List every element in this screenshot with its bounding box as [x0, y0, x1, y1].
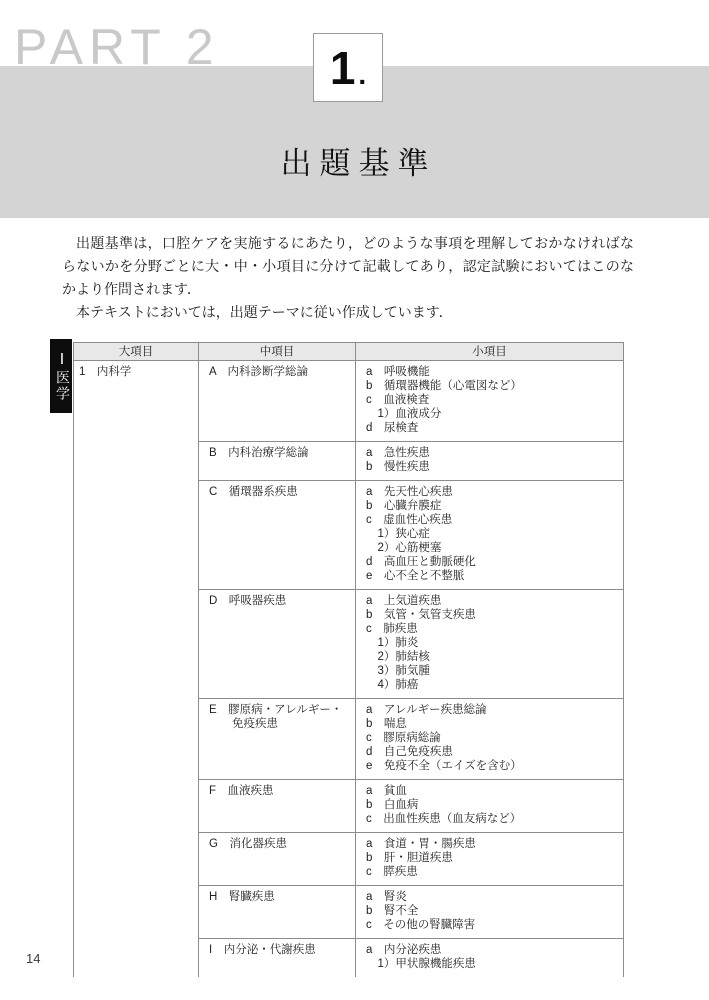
section-tab-numeral: Ⅰ: [50, 350, 72, 370]
chapter-number-box: 1 .: [313, 33, 383, 102]
chapter-number-dot: .: [358, 59, 366, 91]
table-header-row: 大項目 中項目 小項目: [74, 343, 624, 361]
mid-item-cell: D 呼吸器疾患: [199, 590, 356, 699]
intro-paragraph-2: 本テキストにおいては，出題テーマに従い作成しています．: [62, 302, 634, 325]
book-page: PART 2 出題基準 1 . 出題基準は，口腔ケアを実施するにあたり，どのよう…: [0, 0, 709, 1000]
mid-item-cell: B 内科治療学総論: [199, 442, 356, 481]
section-tab-label: 医学: [50, 370, 72, 402]
intro-paragraphs: 出題基準は，口腔ケアを実施するにあたり，どのような事項を理解しておかなければなら…: [62, 233, 634, 325]
column-header-major: 大項目: [74, 343, 199, 361]
small-item-cell: a 呼吸機能 b 循環器機能（心電図など） c 血液検査 1）血液成分 d 尿検…: [356, 361, 624, 442]
column-header-mid: 中項目: [199, 343, 356, 361]
mid-item-cell: A 内科診断学総論: [199, 361, 356, 442]
column-header-small: 小項目: [356, 343, 624, 361]
small-item-cell: a 貧血 b 白血病 c 出血性疾患（血友病など）: [356, 780, 624, 833]
small-item-cell: a アレルギー疾患総論 b 喘息 c 膠原病総論 d 自己免疫疾患 e 免疫不全…: [356, 699, 624, 780]
mid-item-cell: H 腎臓疾患: [199, 886, 356, 939]
table-row: 1 内科学 A 内科診断学総論 a 呼吸機能 b 循環器機能（心電図など） c …: [74, 361, 624, 442]
chapter-title: 出題基準: [0, 138, 709, 183]
intro-paragraph-1: 出題基準は，口腔ケアを実施するにあたり，どのような事項を理解しておかなければなら…: [62, 233, 634, 302]
small-item-cell: a 腎炎 b 腎不全 c その他の腎臓障害: [356, 886, 624, 939]
mid-item-cell: C 循環器系疾患: [199, 481, 356, 590]
page-number: 14: [26, 951, 40, 966]
mid-item-cell: G 消化器疾患: [199, 833, 356, 886]
mid-item-cell: E 膠原病・アレルギー・ 免疫疾患: [199, 699, 356, 780]
small-item-cell: a 上気道疾患 b 気管・気管支疾患 c 肺疾患 1）肺炎 2）肺結核 3）肺気…: [356, 590, 624, 699]
section-tab-medicine: Ⅰ 医学: [50, 339, 72, 413]
mid-item-cell: I 内分泌・代謝疾患: [199, 939, 356, 978]
mid-item-cell: F 血液疾患: [199, 780, 356, 833]
small-item-cell: a 先天性心疾患 b 心臓弁膜症 c 虚血性心疾患 1）狭心症 2）心筋梗塞 d…: [356, 481, 624, 590]
part-label: PART 2: [14, 22, 220, 66]
small-item-cell: a 食道・胃・腸疾患 b 肝・胆道疾患 c 膵疾患: [356, 833, 624, 886]
major-item-cell: 1 内科学: [74, 361, 199, 978]
small-item-cell: a 内分泌疾患 1）甲状腺機能疾患: [356, 939, 624, 978]
chapter-number: 1: [330, 40, 356, 96]
small-item-cell: a 急性疾患 b 慢性疾患: [356, 442, 624, 481]
exam-criteria-table: 大項目 中項目 小項目 1 内科学 A 内科診断学総論 a 呼吸機能 b 循環器…: [73, 342, 624, 977]
